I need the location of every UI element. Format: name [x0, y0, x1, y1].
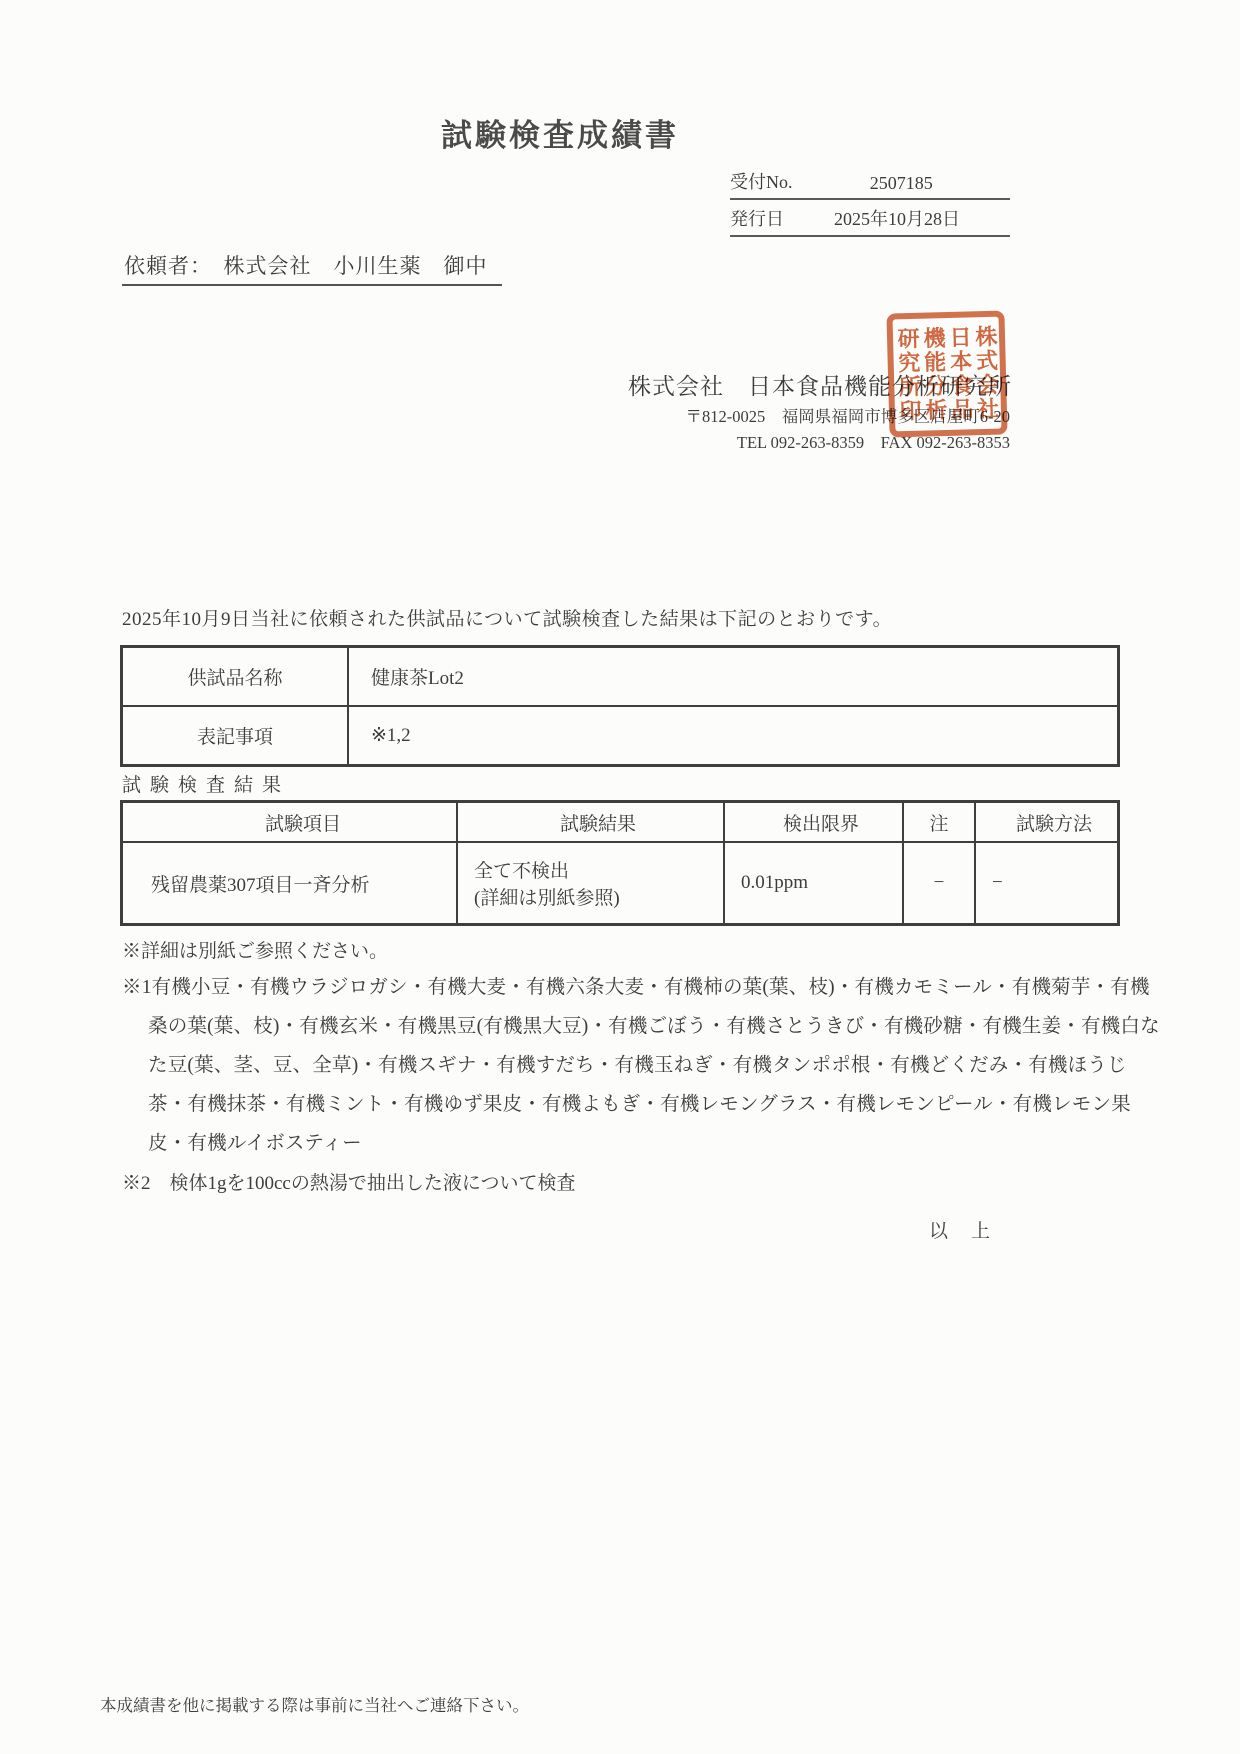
col-header-test-method: 試験方法 [975, 802, 1119, 843]
col-header-detection-limit: 検出限界 [724, 802, 903, 843]
company-seal-stamp: 株式会社 日本食品 機能分析 研究所印 [886, 310, 1007, 437]
issue-date-label: 発行日 [730, 205, 784, 231]
closing-mark: 以 上 [0, 1216, 992, 1243]
company-seal-text: 株式会社 日本食品 機能分析 研究所印 [894, 325, 1000, 424]
test-result-cell: 全て不検出 (詳細は別紙参照) [457, 842, 724, 925]
receipt-number-row: 受付No. 2507185 [730, 168, 1010, 200]
client-name: 依頼者： 株式会社 小川生薬 御中 [122, 250, 502, 286]
labeling-items-value: ※1,2 [348, 706, 1119, 766]
table-header-row: 試験項目 試験結果 検出限界 注 試験方法 [122, 802, 1119, 843]
issue-date-row: 発行日 2025年10月28日 [730, 205, 1010, 237]
labeling-items-label: 表記事項 [122, 706, 349, 766]
note-cell: − [903, 842, 975, 925]
table-row: 表記事項 ※1,2 [122, 706, 1119, 766]
issue-date-value: 2025年10月28日 [784, 205, 1010, 231]
footer-notice: 本成績書を他に掲載する際は事前に当社へご連絡下さい。 [100, 1692, 529, 1716]
col-header-note: 注 [903, 802, 975, 843]
col-header-test-item: 試験項目 [122, 802, 458, 843]
certificate-page: 試験検査成績書 受付No. 2507185 発行日 2025年10月28日 依頼… [0, 0, 1240, 1754]
detection-limit-cell: 0.01ppm [724, 842, 903, 925]
sample-name-label: 供試品名称 [122, 647, 349, 707]
table-row: 供試品名称 健康茶Lot2 [122, 647, 1119, 707]
receipt-number-value: 2507185 [793, 173, 1011, 194]
table-row: 残留農薬307項目一斉分析 全て不検出 (詳細は別紙参照) 0.01ppm − … [122, 842, 1119, 925]
sample-info-table: 供試品名称 健康茶Lot2 表記事項 ※1,2 [120, 645, 1120, 767]
receipt-number-label: 受付No. [730, 168, 793, 194]
test-item-cell: 残留農薬307項目一斉分析 [122, 842, 458, 925]
page-title: 試験検査成績書 [0, 110, 1120, 155]
test-results-table: 試験項目 試験結果 検出限界 注 試験方法 残留農薬307項目一斉分析 全て不検… [120, 800, 1120, 926]
col-header-test-result: 試験結果 [457, 802, 724, 843]
intro-sentence: 2025年10月9日当社に依頼された供試品について試験検査した結果は下記のとおり… [122, 604, 892, 631]
test-method-cell: − [975, 842, 1119, 925]
note-2-extraction: ※2 検体1gを100ccの熱湯で抽出した液について検査 [122, 1168, 576, 1195]
note-see-attachment: ※詳細は別紙ご参照ください。 [122, 936, 388, 963]
sample-name-value: 健康茶Lot2 [348, 647, 1119, 707]
results-section-title: 試験検査結果 [122, 770, 290, 797]
note-1-ingredients: ※1有機小豆・有機ウラジロガシ・有機大麦・有機六条大麦・有機柿の葉(葉、枝)・有… [122, 968, 1160, 1163]
